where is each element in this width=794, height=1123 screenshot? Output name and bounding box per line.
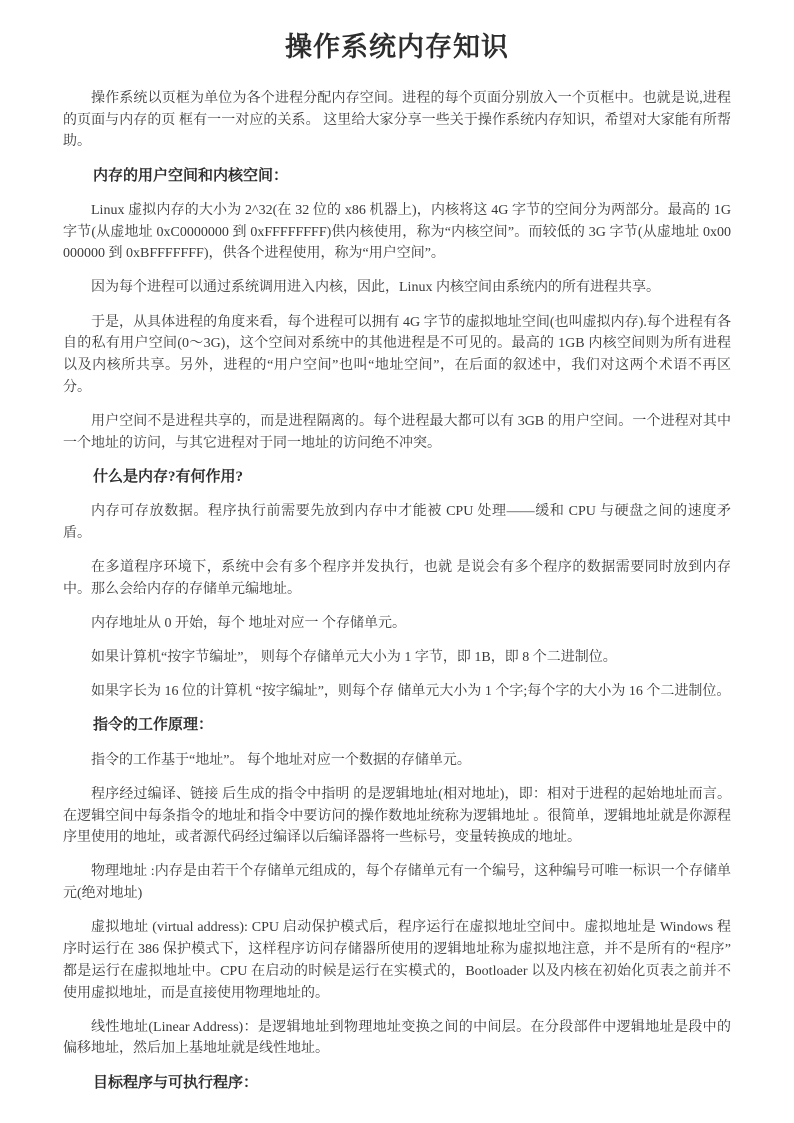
body-paragraph: 操作系统以页框为单位为各个进程分配内存空间。进程的每个页面分别放入一个页框中。也… (63, 88, 731, 153)
section-heading: 指令的工作原理： (63, 715, 731, 737)
body-paragraph: 如果字长为 16 位的计算机 “按字编址”，则每个存 储单元大小为 1 个字;每… (63, 681, 731, 703)
body-paragraph: 内存可存放数据。程序执行前需要先放到内存中才能被 CPU 处理——缓和 CPU … (63, 501, 731, 544)
body-paragraph: 虚拟地址 (virtual address): CPU 启动保护模式后，程序运行… (63, 917, 731, 1004)
body-paragraph: 于是，从具体进程的角度来看，每个进程可以拥有 4G 字节的虚拟地址空间(也叫虚拟… (63, 312, 731, 399)
body-paragraph: 用户空间不是进程共享的，而是进程隔离的。每个进程最大都可以有 3GB 的用户空间… (63, 411, 731, 454)
document-page: 操作系统内存知识 操作系统以页框为单位为各个进程分配内存空间。进程的每个页面分别… (0, 0, 794, 1123)
page-title: 操作系统内存知识 (63, 30, 731, 64)
body-paragraph: 程序经过编译、链接 后生成的指令中指明 的是逻辑地址(相对地址)，即：相对于进程… (63, 784, 731, 849)
body-paragraph: 物理地址 :内存是由若干个存储单元组成的，每个存储单元有一个编号，这种编号可唯一… (63, 861, 731, 904)
body-paragraph: 因为每个进程可以通过系统调用进入内核，因此，Linux 内核空间由系统内的所有进… (63, 277, 731, 299)
section-heading: 什么是内存?有何作用? (63, 467, 731, 489)
body-paragraph: Linux 虚拟内存的大小为 2^32(在 32 位的 x86 机器上)，内核将… (63, 200, 731, 265)
body-paragraph: 在多道程序环境下，系统中会有多个程序并发执行，也就 是说会有多个程序的数据需要同… (63, 557, 731, 600)
section-heading: 目标程序与可执行程序： (63, 1073, 731, 1095)
body-paragraph: 内存地址从 0 开始，每个 地址对应一 个存储单元。 (63, 613, 731, 635)
body-paragraph: 线性地址(Linear Address)：是逻辑地址到物理地址变换之间的中间层。… (63, 1017, 731, 1060)
body-paragraph: 如果计算机“按字节编址”， 则每个存储单元大小为 1 字节，即 1B，即 8 个… (63, 647, 731, 669)
section-heading: 内存的用户空间和内核空间： (63, 166, 731, 188)
body-paragraph: 指令的工作基于“地址”。 每个地址对应一个数据的存储单元。 (63, 750, 731, 772)
